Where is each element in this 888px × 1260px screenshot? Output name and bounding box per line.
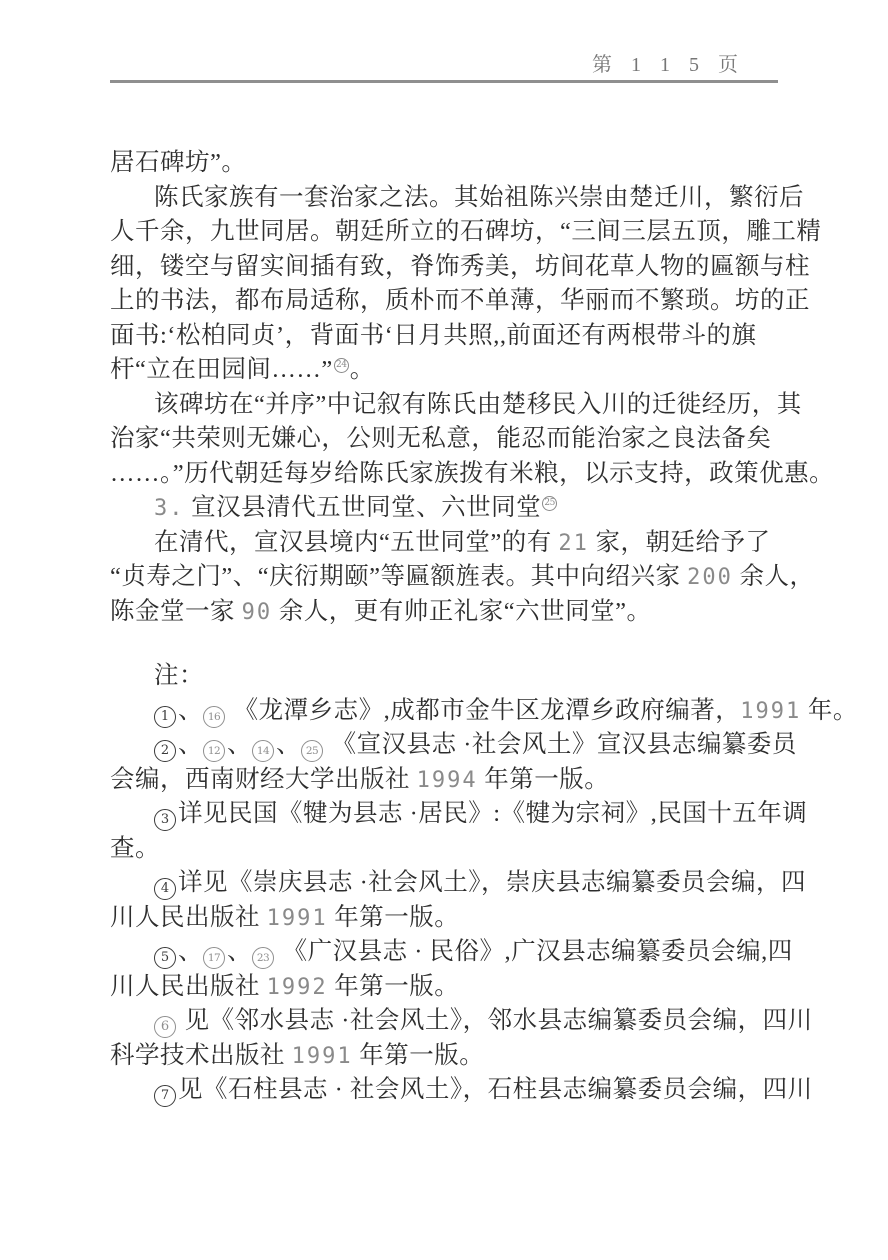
text-segment: 会编，西南财经大学出版社 — [110, 766, 417, 793]
text-segment: 《广汉县志 · 民俗》,广汉县志编纂委员会编,四 — [276, 938, 793, 965]
text-line: 5、17、23 《广汉县志 · 民俗》,广汉县志编纂委员会编,四 — [110, 935, 810, 970]
note-marker-circled-7: 7 — [154, 1085, 176, 1107]
text-segment: 年第一版。 — [353, 1042, 485, 1069]
text-line: 川人民出版社 1992 年第一版。 — [110, 970, 810, 1005]
numeral-segment: 200 — [687, 565, 733, 590]
text-line: 1、16 《龙潭乡志》,成都市金牛区龙潭乡政府编著，1991 年。 — [110, 694, 810, 729]
text-segment: 年。 — [801, 697, 858, 724]
text-line: ……。”历代朝廷每岁给陈氏家族拨有米粮，以示支持，政策优惠。 — [110, 457, 810, 492]
numeral-segment: 90 — [242, 600, 273, 625]
text-segment: 川人民出版社 — [110, 973, 267, 1000]
note-marker-circled-1: 1 — [154, 706, 176, 728]
note-marker-circled-4: 4 — [154, 878, 176, 900]
text-segment: 陈氏家族有一套治家之法。其始祖陈兴崇由楚迁川，繁衍后 — [154, 184, 804, 211]
text-line: 上的书法，都布局适称，质朴而不单薄，华丽而不繁琐。坊的正 — [110, 284, 810, 319]
numeral-segment: 21 — [558, 531, 589, 556]
text-line: 3详见民国《犍为县志 ·居民》:《犍为宗祠》,民国十五年调 — [110, 797, 810, 832]
text-segment: 杆“立在田园间……” — [110, 356, 333, 383]
text-segment: 宣汉县清代五世同堂、六世同堂 — [185, 494, 542, 521]
text-line: 陈氏家族有一套治家之法。其始祖陈兴崇由楚迁川，繁衍后 — [110, 181, 810, 216]
text-segment: 上的书法，都布局适称，质朴而不单薄，华丽而不繁琐。坊的正 — [110, 287, 810, 314]
text-line: 3. 宣汉县清代五世同堂、六世同堂25 — [110, 491, 810, 526]
text-segment: 、 — [276, 731, 301, 758]
text-segment: 年第一版。 — [328, 904, 460, 931]
text-line: 科学技术出版社 1991 年第一版。 — [110, 1039, 810, 1074]
numeral-segment: 3. — [154, 496, 185, 521]
numeral-segment: 1992 — [267, 975, 328, 1000]
text-segment: 面书:‘松柏同贞’，背面书‘日月共照,,前面还有两根带斗的旗 — [110, 322, 757, 349]
note-marker-circled-2: 2 — [154, 740, 176, 762]
text-segment: 年第一版。 — [478, 766, 610, 793]
text-segment: 、 — [178, 697, 203, 724]
text-line: 注： — [110, 659, 810, 694]
note-marker-circled-25: 25 — [301, 740, 323, 762]
note-marker-circled-3: 3 — [154, 809, 176, 831]
numeral-segment: 1991 — [267, 906, 328, 931]
scanned-book-page: 第 1 1 5 页 居石碑坊”。陈氏家族有一套治家之法。其始祖陈兴崇由楚迁川，繁… — [0, 0, 888, 1260]
note-marker-circled-17: 17 — [203, 947, 225, 969]
text-line: 川人民出版社 1991 年第一版。 — [110, 901, 810, 936]
text-line: 治家“共荣则无嫌心，公则无私意，能忍而能治家之良法备矣 — [110, 422, 810, 457]
text-segment: 治家“共荣则无嫌心，公则无私意，能忍而能治家之良法备矣 — [110, 425, 771, 452]
text-line: 居石碑坊”。 — [110, 146, 810, 181]
header-rule — [110, 80, 778, 83]
text-segment: 、 — [227, 938, 252, 965]
text-segment: 在清代，宣汉县境内“五世同堂”的有 — [154, 529, 558, 556]
text-segment: 该碑坊在“并序”中记叙有陈氏由楚移民入川的迁徙经历，其 — [154, 391, 802, 418]
text-segment: 注： — [154, 662, 204, 689]
note-marker-circled-23: 23 — [252, 947, 274, 969]
text-segment: 人千余，九世同居。朝廷所立的石碑坊，“三间三层五顶，雕工精 — [110, 218, 821, 245]
note-marker-circled-6: 6 — [154, 1016, 176, 1038]
numeral-segment: 1991 — [292, 1044, 353, 1069]
text-line: 细，镂空与留实间插有致，脊饰秀美，坊间花草人物的匾额与柱 — [110, 250, 810, 285]
text-line: 会编，西南财经大学出版社 1994 年第一版。 — [110, 763, 810, 798]
text-segment: 余人，更有帅正礼家“六世同堂”。 — [272, 598, 651, 625]
text-segment: 、 — [227, 731, 252, 758]
text-line: 7见《石柱县志 · 社会风土》，石柱县志编纂委员会编，四川 — [110, 1073, 810, 1108]
text-segment: 科学技术出版社 — [110, 1042, 292, 1069]
numeral-segment: 1994 — [417, 768, 478, 793]
text-line: 杆“立在田园间……”24。 — [110, 353, 810, 388]
text-segment: 细，镂空与留实间插有致，脊饰秀美，坊间花草人物的匾额与柱 — [110, 253, 810, 280]
note-marker-circled-16: 16 — [203, 706, 225, 728]
note-marker-circled-12: 12 — [203, 740, 225, 762]
page-body: 居石碑坊”。陈氏家族有一套治家之法。其始祖陈兴崇由楚迁川，繁衍后人千余，九世同居… — [110, 146, 810, 1108]
text-segment: 陈金堂一家 — [110, 598, 242, 625]
text-segment: 居石碑坊”。 — [110, 149, 246, 176]
text-segment: ……。”历代朝廷每岁给陈氏家族拨有米粮，以示支持，政策优惠。 — [110, 460, 834, 487]
text-line: 2、12、14、25 《宣汉县志 ·社会风土》宣汉县志编纂委员 — [110, 728, 810, 763]
text-segment: 余人， — [733, 563, 815, 590]
text-segment: 见《邻水县志 ·社会风土》，邻水县志编纂委员会编，四川 — [178, 1007, 813, 1034]
text-line: 查。 — [110, 832, 810, 867]
text-line: 陈金堂一家 90 余人，更有帅正礼家“六世同堂”。 — [110, 595, 810, 630]
text-line: “贞寿之门”、“庆衍期颐”等匾额旌表。其中向绍兴家 200 余人， — [110, 560, 810, 595]
numeral-segment: 1991 — [740, 699, 801, 724]
text-segment: 、 — [178, 938, 203, 965]
text-line: 人千余，九世同居。朝廷所立的石碑坊，“三间三层五顶，雕工精 — [110, 215, 810, 250]
text-segment: 家，朝廷给予了 — [589, 529, 771, 556]
text-segment: “贞寿之门”、“庆衍期颐”等匾额旌表。其中向绍兴家 — [110, 563, 687, 590]
text-segment: 年第一版。 — [328, 973, 460, 1000]
text-line: 4详见《崇庆县志 ·社会风土》，崇庆县志编纂委员会编，四 — [110, 866, 810, 901]
note-marker-circled-5: 5 — [154, 947, 176, 969]
text-line: 面书:‘松柏同贞’，背面书‘日月共照,,前面还有两根带斗的旗 — [110, 319, 810, 354]
text-line: 在清代，宣汉县境内“五世同堂”的有 21 家，朝廷给予了 — [110, 526, 810, 561]
footnote-ref-circled-25: 25 — [542, 496, 557, 511]
text-segment: 查。 — [110, 835, 160, 862]
text-segment: 、 — [178, 731, 203, 758]
text-line: 该碑坊在“并序”中记叙有陈氏由楚移民入川的迁徙经历，其 — [110, 388, 810, 423]
text-segment: 详见《崇庆县志 ·社会风土》，崇庆县志编纂委员会编，四 — [178, 869, 806, 896]
text-segment: 川人民出版社 — [110, 904, 267, 931]
note-marker-circled-14: 14 — [252, 740, 274, 762]
text-segment: 详见民国《犍为县志 ·居民》:《犍为宗祠》,民国十五年调 — [178, 800, 807, 827]
text-segment: 。 — [350, 356, 375, 383]
text-segment: 《宣汉县志 ·社会风土》宣汉县志编纂委员 — [325, 731, 797, 758]
text-segment: 见《石柱县志 · 社会风土》，石柱县志编纂委员会编，四川 — [178, 1076, 813, 1103]
text-segment: 《龙潭乡志》,成都市金牛区龙潭乡政府编著， — [227, 697, 740, 724]
text-line: 6 见《邻水县志 ·社会风土》，邻水县志编纂委员会编，四川 — [110, 1004, 810, 1039]
footnote-ref-circled-24: 24 — [334, 358, 349, 373]
page-number-label: 第 1 1 5 页 — [0, 48, 745, 77]
